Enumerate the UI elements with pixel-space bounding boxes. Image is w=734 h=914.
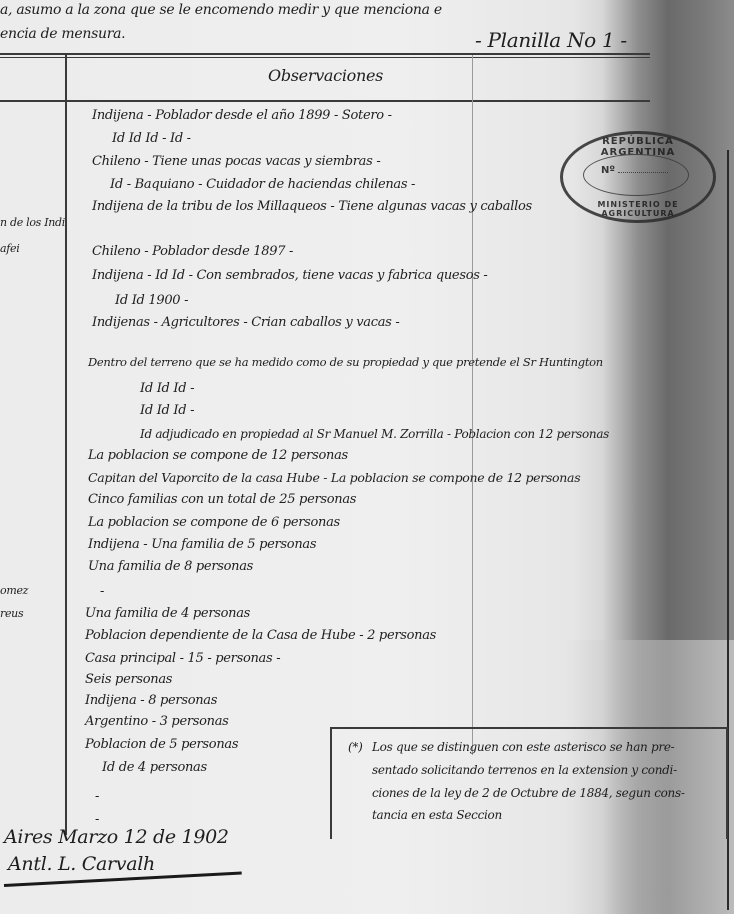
- footnote-line: tancia en esta Seccion: [372, 808, 502, 822]
- observation-row: Indijena de la tribu de los Millaqueos -…: [92, 199, 532, 214]
- observation-row: -: [100, 584, 104, 599]
- observation-row: Cinco familias con un total de 25 person…: [88, 492, 356, 507]
- margin-fragment: reus: [0, 607, 23, 620]
- observation-row: Una familia de 4 personas: [85, 606, 250, 621]
- footnote-line: ciones de la ley de 2 de Octubre de 1884…: [372, 786, 685, 800]
- observation-row: Indijena - 8 personas: [85, 693, 217, 708]
- header-bottom-rule: [0, 100, 650, 102]
- observation-row: Id de 4 personas: [102, 760, 207, 775]
- margin-fragment: omez: [0, 584, 28, 597]
- observation-row: Id Id Id -: [140, 381, 194, 396]
- observation-row: Poblacion de 5 personas: [85, 737, 238, 752]
- observation-row: Id Id Id - Id -: [112, 131, 191, 146]
- observation-row: Indijena - Id Id - Con sembrados, tiene …: [92, 268, 488, 283]
- observation-row: Chileno - Tiene unas pocas vacas y siemb…: [92, 154, 380, 169]
- footnote-line: sentado solicitando terrenos en la exten…: [372, 763, 677, 777]
- ministry-stamp: REPÚBLICA ARGENTINA Nº MINISTERIO DE AGR…: [560, 131, 716, 223]
- observation-row: Una familia de 8 personas: [88, 559, 253, 574]
- observation-row: Id Id 1900 -: [115, 293, 188, 308]
- observation-row: Chileno - Poblador desde 1897 -: [92, 244, 293, 259]
- stamp-bottom-text: MINISTERIO DE AGRICULTURA: [563, 200, 713, 218]
- header-line-2: encia de mensura.: [0, 26, 125, 42]
- signature: Antl. L. Carvalh: [8, 853, 155, 875]
- stamp-number-label: Nº: [601, 165, 668, 176]
- observation-row: Indijena - Una familia de 5 personas: [88, 537, 316, 552]
- observation-row: Casa principal - 15 - personas -: [85, 651, 280, 666]
- margin-fragment: afei: [0, 242, 19, 255]
- table-top-rule: [0, 53, 650, 55]
- margin-fragment: n de los Indi: [0, 216, 65, 229]
- observation-row: La poblacion se compone de 6 personas: [88, 515, 340, 530]
- column-header-observaciones: Observaciones: [268, 66, 383, 85]
- footnote-marker: (*): [348, 740, 362, 754]
- observation-row: Indijena - Poblador desde el año 1899 - …: [92, 108, 392, 123]
- observation-row: Argentino - 3 personas: [85, 714, 229, 729]
- observation-row: -: [95, 812, 99, 827]
- sheet-label: - Planilla No 1 -: [475, 28, 627, 52]
- observation-row: Capitan del Vaporcito de la casa Hube - …: [88, 470, 580, 485]
- column-divider-faint: [472, 55, 473, 755]
- observation-row: -: [95, 789, 99, 804]
- column-divider: [65, 55, 67, 835]
- observation-row: Poblacion dependiente de la Casa de Hube…: [85, 628, 436, 643]
- observation-row: Dentro del terreno que se ha medido como…: [88, 355, 603, 369]
- observation-row: Indijenas - Agricultores - Crian caballo…: [92, 315, 399, 330]
- footnote-line: Los que se distinguen con este asterisco…: [372, 740, 674, 754]
- observation-row: La poblacion se compone de 12 personas: [88, 448, 348, 463]
- observation-row: Id adjudicado en propiedad al Sr Manuel …: [140, 427, 609, 441]
- closing-date: Aires Marzo 12 de 1902: [4, 826, 229, 848]
- observation-row: Id Id Id -: [140, 403, 194, 418]
- observation-row: Id - Baquiano - Cuidador de haciendas ch…: [110, 177, 415, 192]
- observation-row: Seis personas: [85, 672, 172, 687]
- header-line-1: a, asumo a la zona que se le encomendo m…: [0, 2, 442, 18]
- table-top-rule-thin: [0, 57, 650, 58]
